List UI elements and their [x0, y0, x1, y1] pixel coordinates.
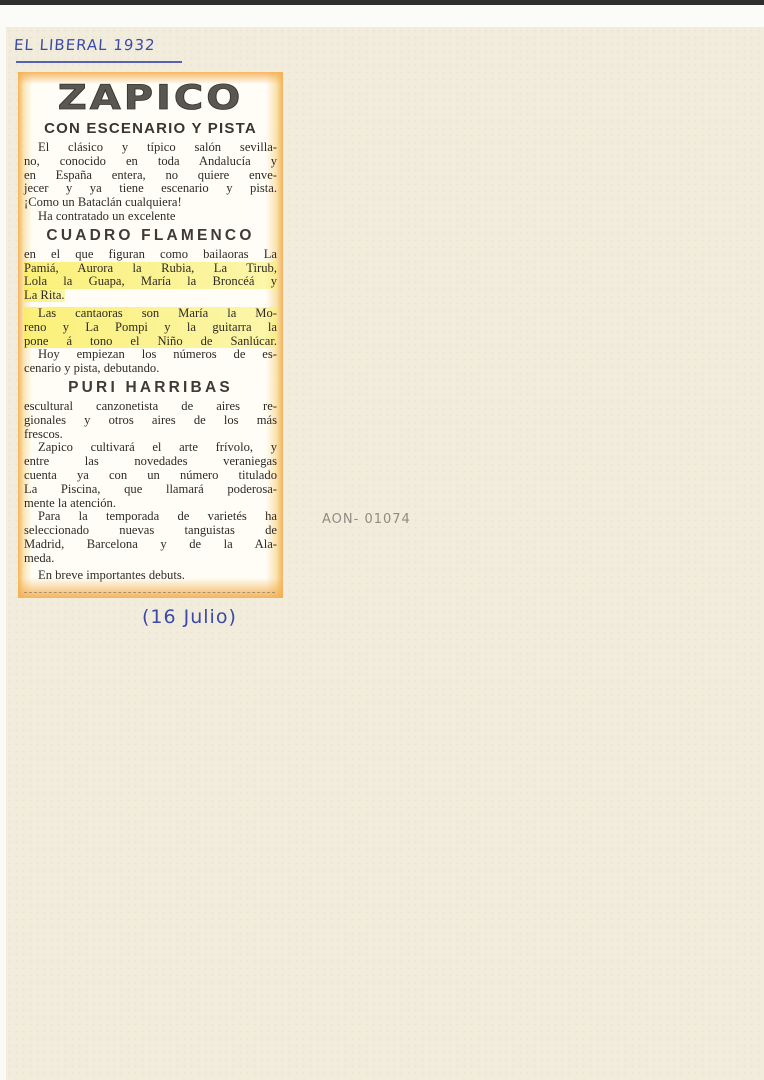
text-line: escultural canzonetista de aires re- — [24, 400, 277, 414]
newspaper-clipping: ZAPICO CON ESCENARIO Y PISTA El clásico … — [18, 72, 283, 598]
debut-paragraph: Hoy empiezan los números de es- cenario … — [24, 348, 277, 376]
highlighted-line: Las cantaoras son María la Mo- — [24, 307, 277, 321]
bailaoras-paragraph: en el que figuran como bailaoras La Pami… — [24, 248, 277, 303]
handwritten-date: (16 Julio) — [142, 606, 237, 628]
intro-paragraph: El clásico y típico salón sevilla- no, c… — [24, 141, 277, 224]
text-line: La Piscina, que llamará poderosa- — [24, 483, 277, 497]
archive-id-stamp: AON- 01074 — [322, 512, 411, 527]
text-line: meda. — [24, 552, 277, 566]
frivolo-paragraph: Zapico cultivará el arte frívolo, y entr… — [24, 441, 277, 510]
text-line: en el que figuran como bailaoras La — [24, 248, 277, 262]
clipping-headline: ZAPICO — [24, 81, 277, 115]
text-line: cenario y pista, debutando. — [24, 362, 277, 376]
text-line: seleccionado nuevas tanguistas de — [24, 524, 277, 538]
text-line: El clásico y típico salón sevilla- — [24, 141, 277, 155]
text-line: Para la temporada de varietés ha — [24, 510, 277, 524]
text-line: mente la atención. — [24, 497, 277, 511]
text-line: cuenta ya con un número titulado — [24, 469, 277, 483]
text-line: Zapico cultivará el arte frívolo, y — [24, 441, 277, 455]
temporada-paragraph: Para la temporada de varietés ha selecci… — [24, 510, 277, 565]
scanner-margin — [0, 5, 764, 27]
section-head-puri-harribas: PURI HARRIBAS — [24, 379, 277, 397]
cantaoras-paragraph: Las cantaoras son María la Mo- reno y La… — [24, 307, 277, 348]
text-line: Madrid, Barcelona y de la Ala- — [24, 538, 277, 552]
clipping-stain-bottom — [18, 578, 283, 598]
text-line: gionales y otros aires de los más — [24, 414, 277, 428]
highlighted-line: La Rita. — [24, 289, 277, 303]
source-label: EL LIBERAL 1932 — [13, 36, 156, 54]
highlighted-line: Pamiá, Aurora la Rubia, La Tirub, — [24, 262, 277, 276]
text-line: no, conocido en toda Andalucía y — [24, 155, 277, 169]
puri-paragraph: escultural canzonetista de aires re- gio… — [24, 400, 277, 441]
text-line: frescos. — [24, 428, 277, 442]
section-head-cuadro-flamenco: CUADRO FLAMENCO — [24, 227, 277, 245]
text-line: ¡Como un Bataclán cualquiera! — [24, 196, 277, 210]
text-line: Hoy empiezan los números de es- — [24, 348, 277, 362]
torn-next-article-edge — [24, 592, 275, 594]
text-line: entre las novedades veraniegas — [24, 455, 277, 469]
highlighted-line: reno y La Pompi y la guitarra la — [24, 321, 277, 335]
text-line: en España entera, no quiere enve- — [24, 169, 277, 183]
highlight-span: La Rita. — [24, 288, 65, 302]
highlighted-line: Lola la Guapa, María la Broncéá y — [24, 275, 277, 289]
text-line: Ha contratado un excelente — [24, 210, 277, 224]
clipping-subhead: CON ESCENARIO Y PISTA — [24, 120, 277, 137]
source-underline — [16, 61, 182, 63]
highlighted-line: pone á tono el Niño de Sanlúcar. — [24, 335, 277, 349]
text-line: jecer y ya tiene escenario y pista. — [24, 182, 277, 196]
